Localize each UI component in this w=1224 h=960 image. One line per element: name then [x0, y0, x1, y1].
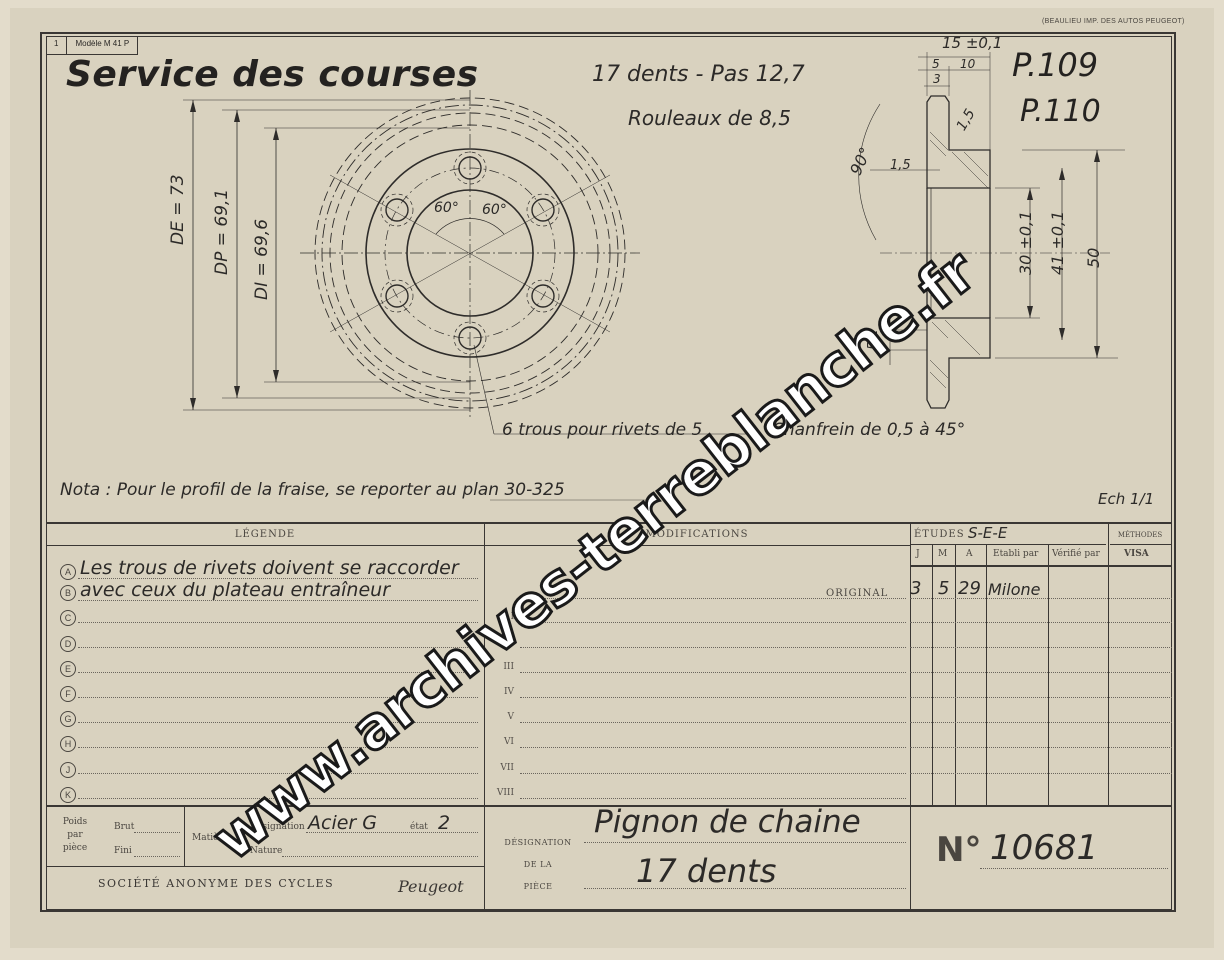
legend-key-j: J	[60, 762, 76, 778]
legend-key-f: F	[60, 686, 76, 702]
divider	[910, 565, 1172, 567]
poids-label: Poids par pièce	[60, 816, 90, 855]
poids-label-line3: pièce	[60, 842, 90, 855]
drawing-number-prefix: N°	[936, 830, 981, 870]
methodes-header: MÉTHODES	[1112, 531, 1168, 539]
dim-30: 30 ±0,1	[1016, 185, 1035, 275]
dim-5: 5	[932, 57, 940, 71]
modifications-header: MODIFICATIONS	[484, 529, 910, 540]
divider	[932, 544, 933, 805]
etudes-line	[910, 598, 1172, 599]
angle-60-right: 60°	[482, 202, 507, 218]
fini-label: Fini	[114, 846, 132, 856]
legend-key-b: B	[60, 585, 76, 601]
nota-text: Nota : Pour le profil de la fraise, se r…	[60, 480, 565, 500]
etudes-a: 29	[958, 578, 981, 599]
designation-value: Acier G	[308, 812, 377, 834]
divider	[955, 544, 956, 805]
company-brand: Peugeot	[398, 877, 464, 896]
designation-piece-label-line1: DÉSIGNATION	[500, 832, 576, 854]
etudes-line	[910, 722, 1172, 723]
legend-line	[78, 747, 478, 748]
dim-de: DE = 73	[168, 165, 188, 245]
mod-line	[520, 773, 906, 774]
legende-header: LÉGENDE	[46, 529, 484, 540]
mod-line	[520, 697, 906, 698]
legend-text-b: avec ceux du plateau entraîneur	[80, 579, 390, 601]
etudes-header: ÉTUDES	[914, 529, 965, 540]
divider	[46, 545, 484, 546]
col-etabli-par: Etabli par	[993, 549, 1038, 559]
dim-di: DI = 69,6	[252, 200, 272, 300]
col-a: A	[966, 549, 973, 559]
designation-piece-line2: 17 dents	[636, 852, 776, 890]
holes-note: 6 trous pour rivets de 5	[502, 420, 702, 440]
legend-key-g: G	[60, 711, 76, 727]
col-verifie-par: Vérifié par	[1052, 549, 1100, 559]
scale-label: Ech 1/1	[1098, 490, 1154, 508]
legend-key-a: A	[60, 564, 76, 580]
divider	[1048, 544, 1049, 805]
legend-key-d: D	[60, 636, 76, 652]
divider	[184, 805, 185, 866]
etudes-line	[910, 697, 1172, 698]
etudes-line	[910, 773, 1172, 774]
legend-line	[78, 600, 478, 601]
company-name: SOCIÉTÉ ANONYME DES CYCLES	[98, 877, 334, 890]
etat-value: 2	[438, 812, 450, 834]
divider	[986, 544, 987, 805]
designation-piece-label-line3: PIÈCE	[500, 876, 576, 898]
designation-piece-line	[584, 842, 906, 843]
col-visa: VISA	[1124, 549, 1149, 559]
etudes-etabli-par: Milone	[988, 580, 1040, 599]
etudes-line	[910, 747, 1172, 748]
divider	[1110, 544, 1172, 545]
poids-label-line2: par	[60, 829, 90, 842]
etat-label: état	[410, 822, 428, 832]
fini-line	[134, 856, 180, 857]
drawing-number-line	[980, 868, 1168, 869]
mod-line	[520, 722, 906, 723]
etudes-line	[910, 622, 1172, 623]
brut-label: Brut	[114, 822, 134, 832]
drawing-number: 10681	[990, 828, 1098, 868]
designation-piece-label-line2: DE LA	[500, 854, 576, 876]
divider	[484, 545, 910, 546]
etudes-j: 3	[910, 578, 921, 599]
nature-line	[282, 856, 478, 857]
dim-15: 15 ±0,1	[942, 34, 1002, 52]
mod-row-label: IV	[484, 687, 514, 697]
angle-60-left: 60°	[434, 200, 459, 216]
mod-line	[520, 622, 906, 623]
mod-row-label: V	[484, 712, 514, 722]
legend-line	[78, 647, 478, 648]
brut-line	[134, 832, 180, 833]
col-m: M	[938, 549, 947, 559]
designation-piece-line	[584, 888, 906, 889]
mod-line	[520, 747, 906, 748]
mod-row-label: VIII	[484, 788, 514, 798]
divider	[46, 866, 484, 867]
legend-key-e: E	[60, 661, 76, 677]
col-j: J	[916, 549, 920, 559]
mod-line	[520, 647, 906, 648]
legend-line	[78, 622, 478, 623]
mod-line	[520, 798, 906, 799]
etudes-line	[910, 647, 1172, 648]
dim-10: 10	[960, 57, 975, 71]
mod-row-label: VII	[484, 763, 514, 773]
dim-50: 50	[1084, 228, 1103, 268]
legend-line	[78, 578, 478, 579]
designation-line	[306, 832, 478, 833]
divider	[910, 544, 1106, 545]
legend-text-a: Les trous de rivets doivent se raccorder	[80, 557, 459, 579]
etudes-value: S-E-E	[968, 524, 1007, 542]
designation-piece-line1: Pignon de chaine	[594, 804, 861, 840]
legend-key-h: H	[60, 736, 76, 752]
legend-key-c: C	[60, 610, 76, 626]
mod-line	[520, 672, 906, 673]
mod-row-label: VI	[484, 737, 514, 747]
dim-41: 41 ±0,1	[1048, 185, 1067, 275]
legend-key-k: K	[60, 787, 76, 803]
designation-piece-label: DÉSIGNATION DE LA PIÈCE	[500, 832, 576, 898]
etudes-m: 5	[938, 578, 949, 599]
poids-label-line1: Poids	[60, 816, 90, 829]
etudes-line	[910, 672, 1172, 673]
dim-1-5-left: 1,5	[890, 158, 911, 173]
dim-3: 3	[933, 72, 941, 86]
dim-dp: DP = 69,1	[212, 175, 232, 275]
